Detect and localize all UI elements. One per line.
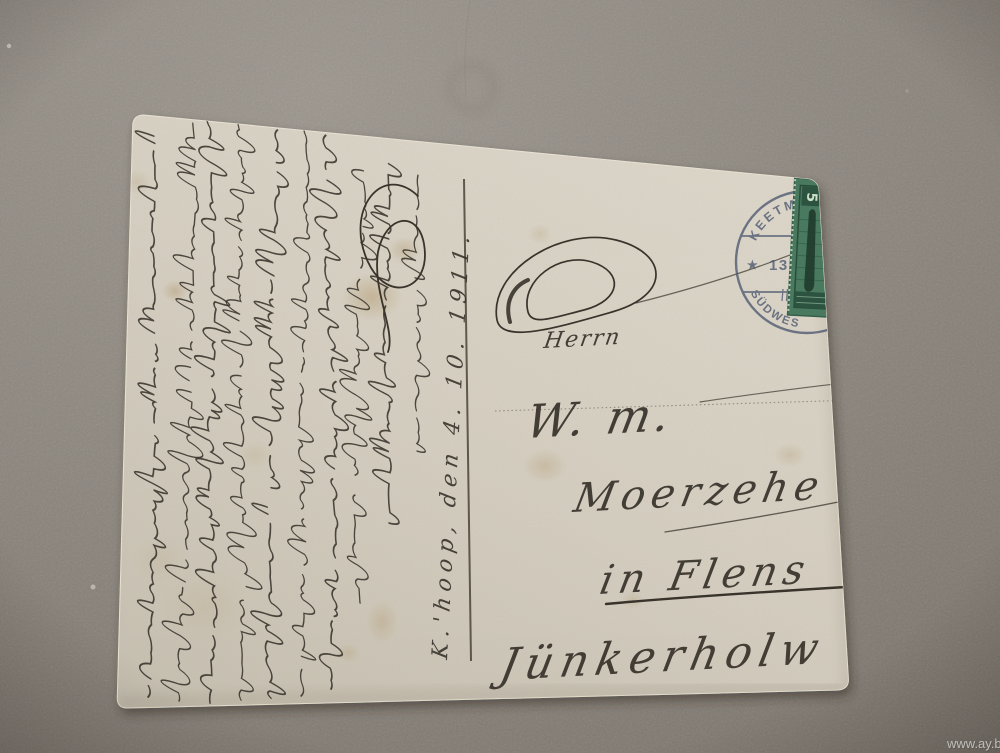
watermark: www.ay.by www.ay.by: [946, 736, 1000, 752]
watermark-text: www.ay.by: [946, 736, 1000, 751]
photo-of-postcard: K.'hoop, den 4. 10. 1911. Herrn W. m. Mo…: [0, 0, 1000, 753]
photo-vignette: [0, 0, 1000, 753]
